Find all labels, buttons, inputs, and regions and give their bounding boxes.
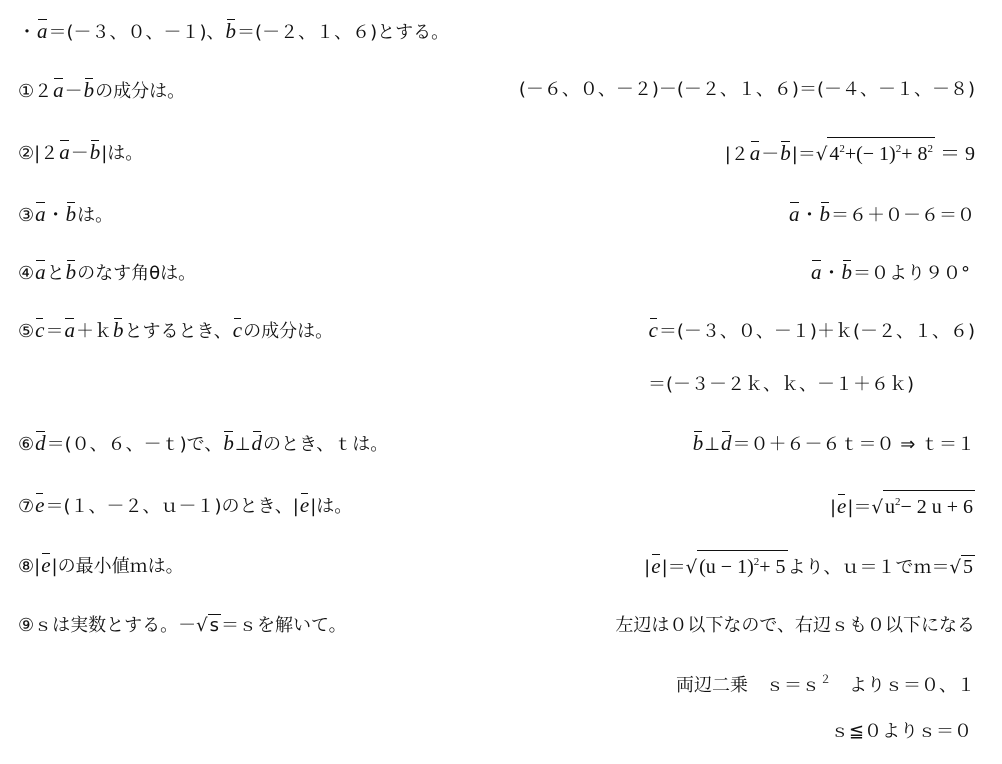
perpendicular-symbol: ⊥: [235, 434, 251, 455]
problem-7-answer: |e|＝√u2− 2 u + 6: [830, 490, 975, 520]
problem-2-answer: |２a－b|＝√42+(− 1)2+ 82 ＝ 9: [725, 137, 975, 167]
problem-3-answer: a・b＝６＋０－６＝０: [788, 199, 975, 229]
radicand: u2− 2 u + 6: [883, 490, 975, 518]
vector-e: e: [40, 550, 51, 580]
abs-open: |２: [725, 144, 749, 165]
problem-9-answer-line-3: ｓ≦０よりｓ＝０: [831, 717, 972, 747]
problem-8-answer: |e|＝√(u − 1)2+ 5より、ｕ＝１でｍ＝√5: [644, 550, 975, 580]
equals: |＝: [792, 144, 816, 165]
vector-a: a: [34, 257, 47, 287]
radicand: 5: [961, 555, 975, 578]
problem-5-question: ⑤c＝a＋ｋbとするとき、cの成分は。: [18, 315, 333, 345]
problem-number: ①: [18, 81, 34, 102]
question-text: ＝(０、６、－ｔ)で、: [47, 434, 223, 455]
problem-number: ②: [18, 143, 34, 164]
answer-text: (－６、０、－２)－(－２、１、６)＝(－４、－１、－８): [519, 79, 975, 100]
sqrt-icon: √5: [950, 553, 975, 583]
radicand: 42+(− 1)2+ 82: [827, 137, 935, 165]
vector-b: b: [112, 315, 125, 345]
vector-a: a: [34, 199, 47, 229]
vector-d: d: [251, 428, 264, 458]
exponent: ２: [820, 673, 831, 686]
operator: －: [65, 81, 83, 102]
question-text: は。: [77, 205, 113, 226]
vector-a: a: [788, 199, 801, 229]
problem-number: ④: [18, 263, 34, 284]
coefficient: ２: [34, 81, 52, 102]
problem-3-question: ③a・bは。: [18, 199, 113, 229]
vector-b: b: [841, 257, 854, 287]
equals: |＝: [662, 557, 686, 578]
problem-number: ⑥: [18, 434, 34, 455]
vector-c: c: [232, 315, 243, 345]
term: + 8: [901, 143, 927, 165]
problem-1-answer: (－６、０、－２)－(－２、１、６)＝(－４、－１、－８): [519, 75, 975, 105]
problem-7-question: ⑦e＝(１、－２、ｕ－１)のとき、|e|は。: [18, 490, 352, 520]
problem-number: ⑦: [18, 496, 34, 517]
problem-9-answer-line-2: 両辺二乗 ｓ＝ｓ２ よりｓ＝０、１: [676, 665, 975, 695]
answer-text: ＝６＋０－６＝０: [831, 205, 975, 226]
problem-number: ⑨: [18, 615, 34, 636]
plus-k: ＋ｋ: [76, 321, 112, 342]
problem-number: ③: [18, 205, 34, 226]
operator: ・: [823, 263, 841, 284]
vector-e: e: [299, 490, 310, 520]
term: u: [885, 496, 895, 518]
sqrt-icon: √(u − 1)2+ 5: [686, 550, 788, 583]
question-text: の成分は。: [95, 81, 185, 102]
vector-b: b: [779, 138, 792, 168]
vector-a: a: [63, 315, 76, 345]
vector-d: d: [34, 428, 47, 458]
vector-a: a: [749, 138, 762, 168]
vector-a: a: [810, 257, 823, 287]
problem-5-answer-line-1: c＝(－３、０、－１)＋ｋ(－２、１、６): [648, 315, 975, 345]
vector-c: c: [648, 315, 659, 345]
problem-9-question: ⑨ｓは実数とする。－√s＝ｓを解いて。: [18, 611, 347, 641]
question-text: |の最小値ｍは。: [52, 556, 184, 577]
setup-line: ・a＝(－３、０、－１)、b＝(－２、１、６)とする。: [18, 16, 449, 46]
problem-number: ⑧: [18, 556, 34, 577]
vector-b: b: [65, 199, 78, 229]
bullet: ・: [18, 22, 36, 43]
vector-e: e: [34, 490, 45, 520]
vector-b: b: [222, 428, 235, 458]
result: ＝ 9: [935, 143, 975, 165]
question-text: のとき、ｔは。: [263, 434, 388, 455]
answer-text: ＝(－３、０、－１)＋ｋ(－２、１、６): [659, 321, 975, 342]
question-text: の成分は。: [243, 321, 333, 342]
question-text: |は。: [101, 143, 143, 164]
conjunction: と: [47, 263, 65, 284]
vector-b: b: [819, 199, 832, 229]
term: 4: [829, 143, 839, 165]
question-text: ＝(１、－２、ｕ－１)のとき、|: [45, 496, 298, 517]
problem-4-question: ④aとbのなす角θは。: [18, 257, 196, 287]
b-definition: ＝(－２、１、６)とする。: [237, 22, 449, 43]
question-text: とするとき、: [124, 321, 231, 342]
answer-text: ＝０より９０°: [853, 263, 970, 284]
exponent: 2: [928, 143, 934, 155]
sqrt-icon: √42+(− 1)2+ 82: [816, 137, 935, 170]
answer-text: ＝０＋６－６ｔ＝０ ⇒ ｔ＝１: [732, 434, 975, 455]
perpendicular-symbol: ⊥: [704, 434, 720, 455]
term: − 2 u + 6: [900, 496, 973, 518]
question-text: |は。: [310, 496, 352, 517]
equals: ＝: [45, 321, 63, 342]
answer-text: ｓ≦０よりｓ＝０: [831, 721, 972, 742]
problem-5-answer-line-2: ＝(－３－２ｋ、ｋ、－１＋６ｋ): [648, 370, 914, 400]
answer-text: より、ｕ＝１でｍ＝: [788, 557, 950, 578]
term: (u − 1): [699, 556, 754, 578]
problem-6-answer: b⊥d＝０＋６－６ｔ＝０ ⇒ ｔ＝１: [692, 428, 975, 458]
problem-9-answer-line-1: 左辺は０以下なので、右辺ｓも０以下になる: [615, 611, 975, 641]
vector-b: b: [225, 16, 238, 46]
vector-e: e: [650, 551, 661, 581]
problem-8-question: ⑧|e|の最小値ｍは。: [18, 550, 184, 580]
operator: ・: [801, 205, 819, 226]
vector-a: a: [58, 137, 71, 167]
answer-text: 左辺は０以下なので、右辺ｓも０以下になる: [615, 615, 975, 636]
question-text: ｓは実数とする。－: [34, 615, 196, 636]
operator: －: [71, 143, 89, 164]
problem-2-question: ②|２a－b|は。: [18, 137, 143, 167]
problem-6-question: ⑥d＝(０、６、－ｔ)で、b⊥dのとき、ｔは。: [18, 428, 388, 458]
a-definition: ＝(－３、０、－１)、: [49, 22, 225, 43]
operator: ・: [47, 205, 65, 226]
radicand: s: [208, 614, 221, 637]
vector-e: e: [836, 491, 847, 521]
vector-b: b: [89, 137, 102, 167]
sqrt-icon: √u2− 2 u + 6: [871, 490, 975, 523]
vector-a: a: [36, 16, 49, 46]
operator: －: [761, 144, 779, 165]
radicand: (u − 1)2+ 5: [697, 550, 787, 578]
term: +(− 1): [845, 143, 896, 165]
vector-b: b: [83, 75, 96, 105]
sqrt-icon: √s: [196, 611, 221, 641]
equals: |＝: [847, 497, 871, 518]
answer-text: ＝(－３－２ｋ、ｋ、－１＋６ｋ): [648, 374, 914, 395]
vector-c: c: [34, 315, 45, 345]
vector-d: d: [720, 428, 733, 458]
vector-b: b: [692, 428, 705, 458]
question-text: ＝ｓを解いて。: [221, 615, 347, 636]
abs-open: |２: [34, 143, 58, 164]
answer-text: よりｓ＝０、１: [831, 675, 975, 696]
question-text: のなす角θは。: [77, 263, 196, 284]
problem-number: ⑤: [18, 321, 34, 342]
problem-1-question: ①２a－bの成分は。: [18, 75, 185, 105]
answer-text: 両辺二乗 ｓ＝ｓ: [676, 675, 820, 696]
vector-b: b: [65, 257, 78, 287]
term: + 5: [759, 556, 785, 578]
problem-4-answer: a・b＝０より９０°: [810, 257, 970, 287]
vector-a: a: [52, 75, 65, 105]
